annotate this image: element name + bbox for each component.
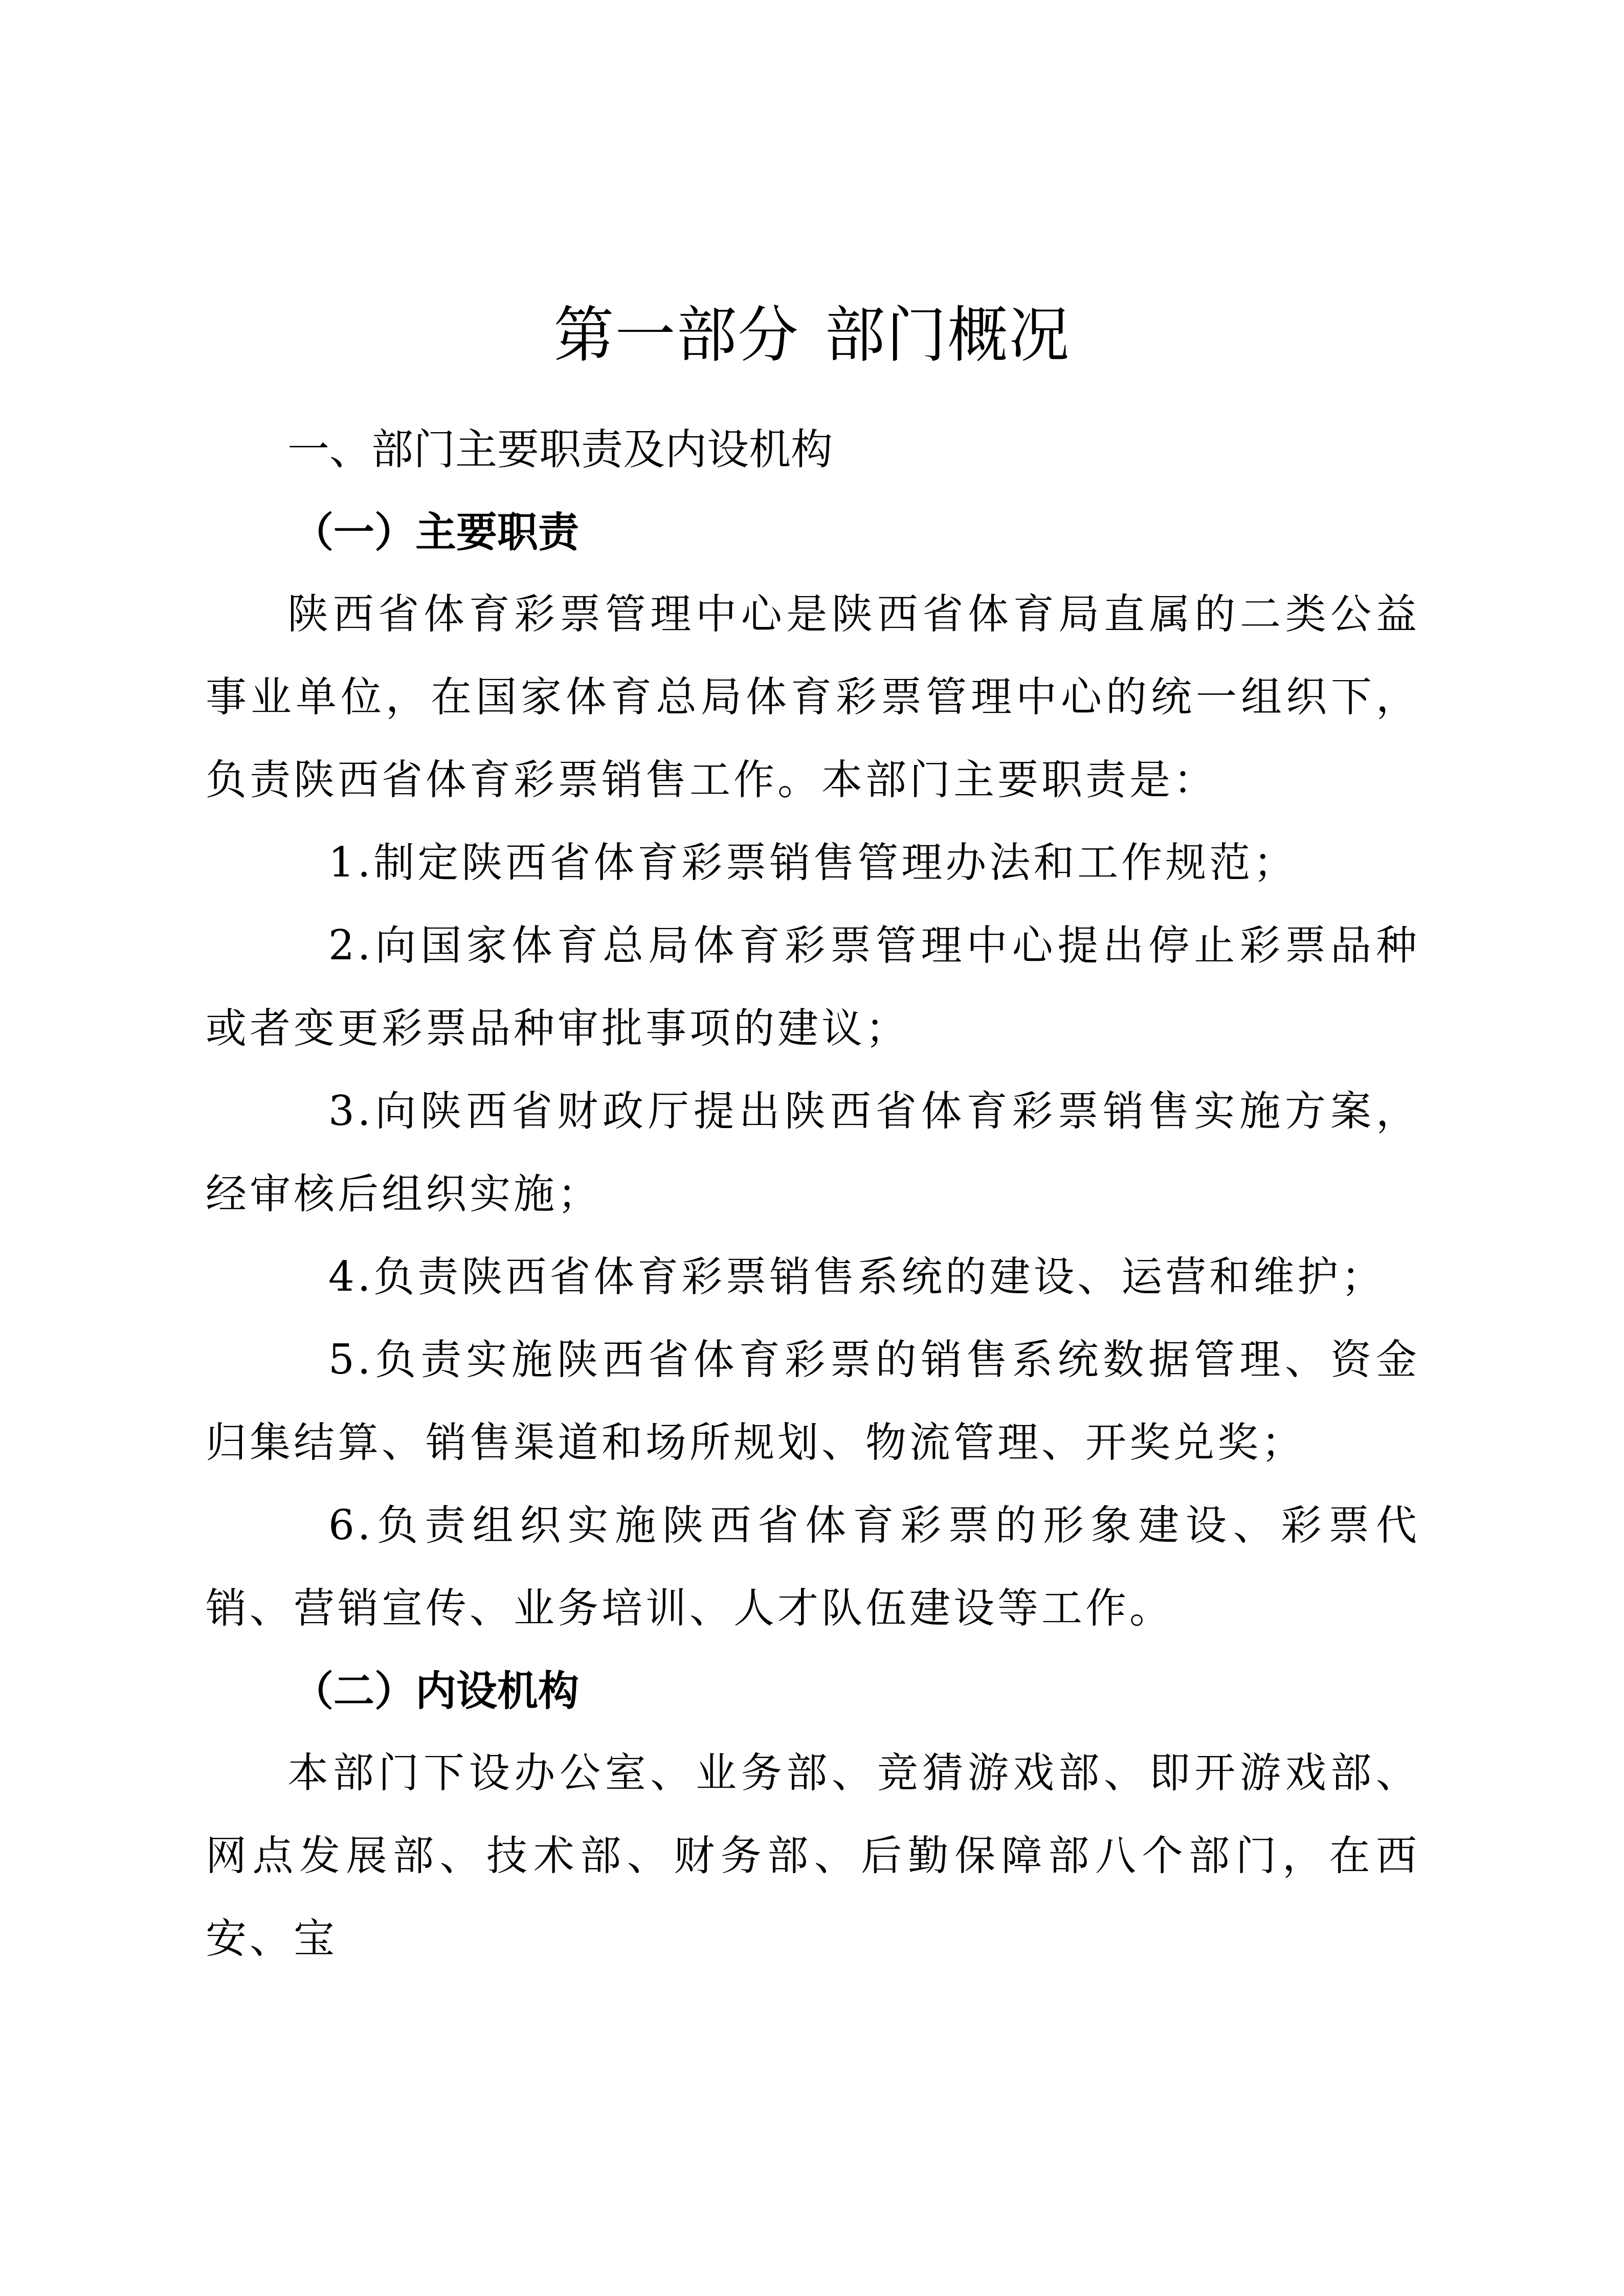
document-body: 一、部门主要职责及内设机构 （一）主要职责 陕西省体育彩票管理中心是陕西省体育局…	[206, 409, 1420, 1980]
duty-item-1: 1.制定陕西省体育彩票销售管理办法和工作规范；	[206, 821, 1420, 904]
document-page: 第一部分部门概况 一、部门主要职责及内设机构 （一）主要职责 陕西省体育彩票管理…	[0, 0, 1624, 2296]
duty-item-3: 3.向陕西省财政厅提出陕西省体育彩票销售实施方案，经审核后组织实施；	[206, 1070, 1420, 1235]
duty-item-4: 4.负责陕西省体育彩票销售系统的建设、运营和维护；	[206, 1235, 1420, 1318]
title-part: 第一部分	[553, 300, 799, 370]
internal-structure-paragraph: 本部门下设办公室、业务部、竞猜游戏部、即开游戏部、网点发展部、技术部、财务部、后…	[206, 1731, 1420, 1980]
section-heading-duties-structure: 一、部门主要职责及内设机构	[206, 409, 1420, 491]
duties-intro-paragraph: 陕西省体育彩票管理中心是陕西省体育局直属的二类公益事业单位，在国家体育总局体育彩…	[206, 573, 1420, 821]
title-name: 部门概况	[825, 300, 1071, 370]
duty-item-2: 2.向国家体育总局体育彩票管理中心提出停止彩票品种或者变更彩票品种审批事项的建议…	[206, 904, 1420, 1070]
duty-item-6: 6.负责组织实施陕西省体育彩票的形象建设、彩票代销、营销宣传、业务培训、人才队伍…	[206, 1484, 1420, 1650]
subsection-heading-internal-structure: （二）内设机构	[206, 1650, 1420, 1731]
subsection-heading-main-duties: （一）主要职责	[206, 491, 1420, 573]
duty-item-5: 5.负责实施陕西省体育彩票的销售系统数据管理、资金归集结算、销售渠道和场所规划、…	[206, 1318, 1420, 1484]
page-title: 第一部分部门概况	[0, 297, 1624, 373]
